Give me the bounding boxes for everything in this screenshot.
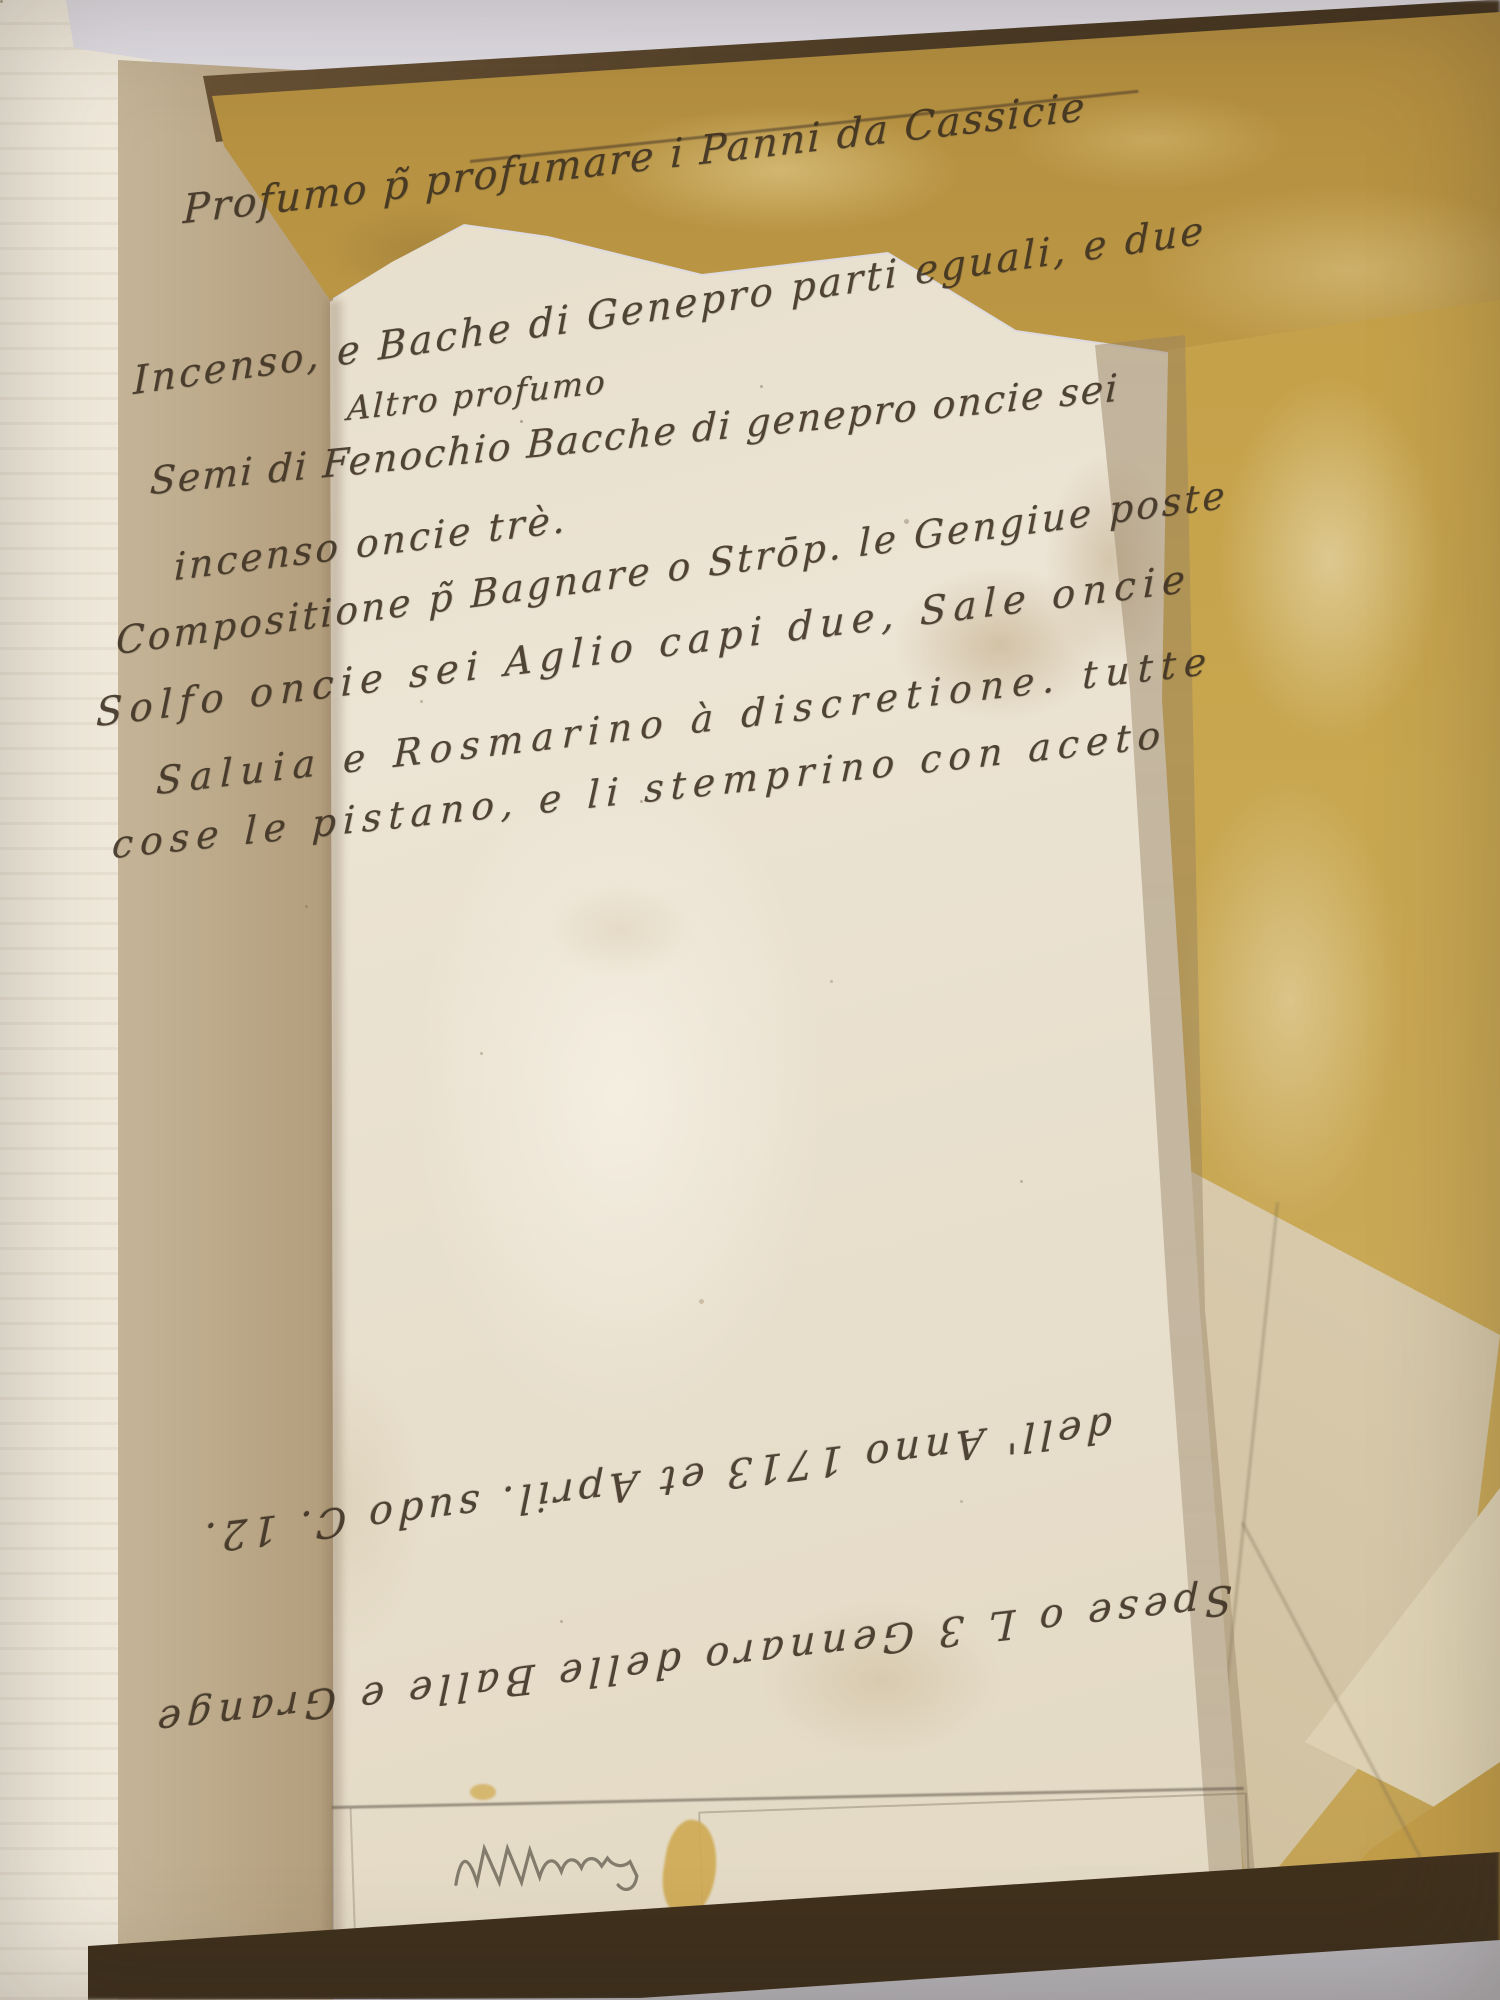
photo-vignette xyxy=(0,0,1500,2000)
photo-of-manuscript-pastedown: Profumo p̃ profumare i Panni da Cassicie… xyxy=(0,0,1500,2000)
